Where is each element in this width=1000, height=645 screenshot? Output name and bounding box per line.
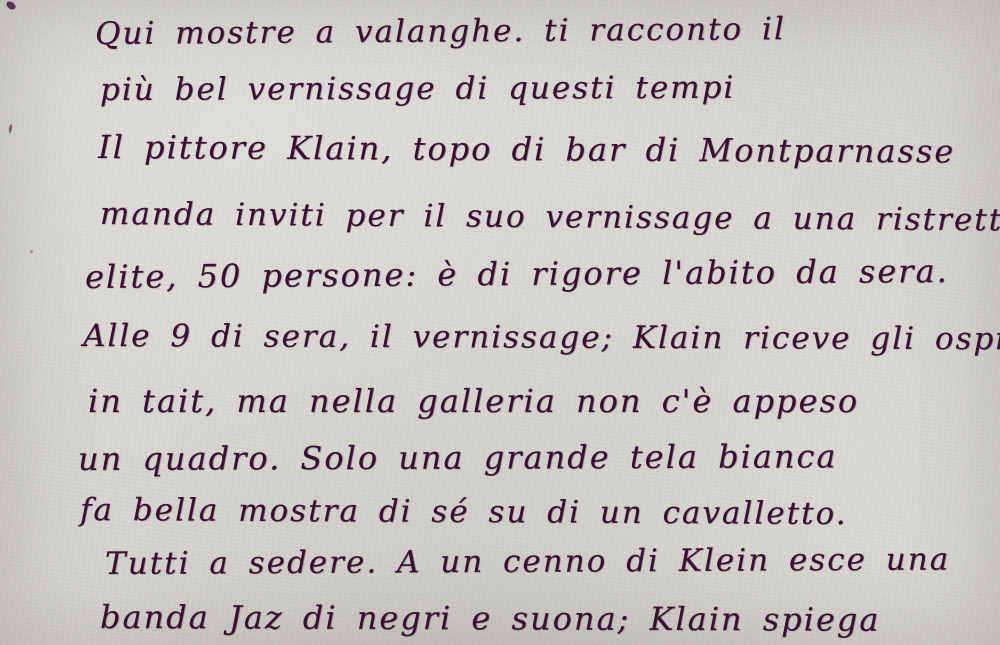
handwritten-line-7: in tait, ma nella galleria non c'è appes… bbox=[88, 382, 859, 420]
ink-speck bbox=[5, 0, 17, 11]
handwritten-line-2: più bel vernissage di questi tempi bbox=[100, 70, 735, 108]
handwritten-line-10: Tutti a sedere. A un cenno di Klein esce… bbox=[105, 542, 950, 582]
handwritten-line-11: banda Jaz di negri e suona; Klain spiega bbox=[100, 598, 881, 639]
handwritten-line-1: Qui mostre a valanghe. ti racconto il bbox=[95, 11, 786, 52]
ink-speck bbox=[8, 124, 13, 133]
handwritten-note-paper: Qui mostre a valanghe. ti racconto il pi… bbox=[0, 0, 1000, 645]
handwritten-line-6: Alle 9 di sera, il vernissage; Klain ric… bbox=[83, 318, 1000, 357]
handwritten-line-3: Il pittore Klain, topo di bar di Montpar… bbox=[98, 128, 955, 170]
ink-speck bbox=[30, 250, 33, 253]
handwritten-line-8: un quadro. Solo una grande tela bianca bbox=[78, 437, 838, 478]
handwritten-line-5: elite, 50 persone: è di rigore l'abito d… bbox=[85, 252, 949, 296]
handwritten-line-4: manda inviti per il suo vernissage a una… bbox=[100, 196, 1000, 238]
handwritten-line-9: fa bella mostra di sé su di un cavallett… bbox=[80, 492, 848, 532]
